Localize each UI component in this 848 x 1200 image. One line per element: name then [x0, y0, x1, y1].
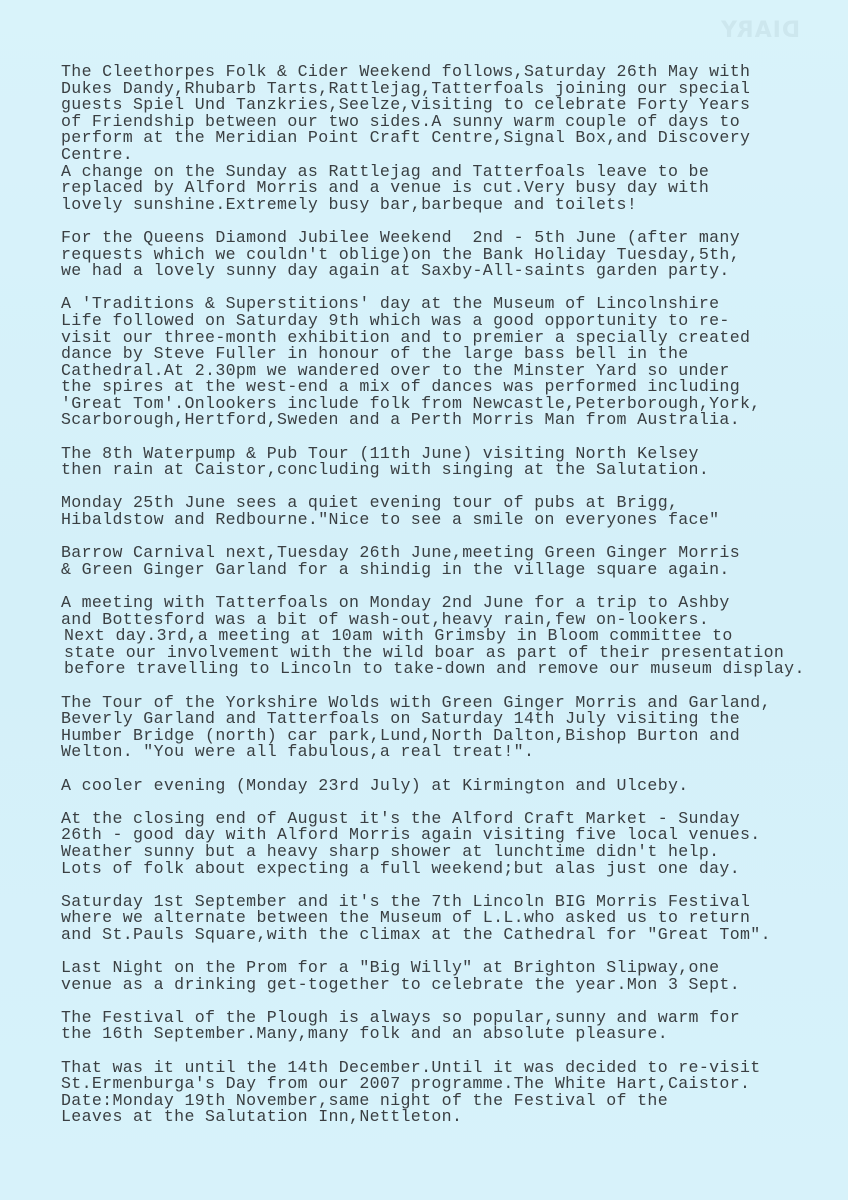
- paragraph-waterpump: The 8th Waterpump & Pub Tour (11th June)…: [61, 446, 821, 479]
- diary-text-body: The Cleethorpes Folk & Cider Weekend fol…: [61, 64, 821, 1143]
- paragraph-jubilee: For the Queens Diamond Jubilee Weekend 2…: [61, 230, 821, 280]
- paragraph-ermenburga: That was it until the 14th December.Unti…: [61, 1060, 821, 1126]
- text-line: lovely sunshine.Extremely busy bar,barbe…: [61, 197, 821, 214]
- paragraph-yorkshire-wolds: The Tour of the Yorkshire Wolds with Gre…: [61, 695, 821, 761]
- text-line: before travelling to Lincoln to take-dow…: [61, 661, 821, 678]
- text-line: Leaves at the Salutation Inn,Nettleton.: [61, 1109, 821, 1126]
- text-line: we had a lovely sunny day again at Saxby…: [61, 263, 821, 280]
- paragraph-big-morris: Saturday 1st September and it's the 7th …: [61, 894, 821, 944]
- bleed-through-heading: DIARY: [720, 18, 800, 43]
- text-line: then rain at Caistor,concluding with sin…: [61, 462, 821, 479]
- text-line: Scarborough,Hertford,Sweden and a Perth …: [61, 412, 821, 429]
- document-page: DIARY The Cleethorpes Folk & Cider Weeke…: [0, 0, 848, 1200]
- paragraph-traditions: A 'Traditions & Superstitions' day at th…: [61, 296, 821, 429]
- text-line: A cooler evening (Monday 23rd July) at K…: [61, 778, 821, 795]
- text-line: Hibaldstow and Redbourne."Nice to see a …: [61, 512, 821, 529]
- paragraph-tatterfoals-meeting: A meeting with Tatterfoals on Monday 2nd…: [61, 595, 821, 678]
- paragraph-change: A change on the Sunday as Rattlejag and …: [61, 164, 821, 214]
- paragraph-plough: The Festival of the Plough is always so …: [61, 1010, 821, 1043]
- paragraph-cleethorpes: The Cleethorpes Folk & Cider Weekend fol…: [61, 64, 821, 164]
- text-line: Weather sunny but a heavy sharp shower a…: [61, 844, 821, 861]
- text-line: the 16th September.Many,many folk and an…: [61, 1026, 821, 1043]
- text-line: Life followed on Saturday 9th which was …: [61, 313, 821, 330]
- text-line: & Green Ginger Garland for a shindig in …: [61, 562, 821, 579]
- text-line: and St.Pauls Square,with the climax at t…: [61, 927, 821, 944]
- paragraph-barrow: Barrow Carnival next,Tuesday 26th June,m…: [61, 545, 821, 578]
- paragraph-prom: Last Night on the Prom for a "Big Willy"…: [61, 960, 821, 993]
- text-line: Welton. "You were all fabulous,a real tr…: [61, 744, 821, 761]
- text-line: venue as a drinking get-together to cele…: [61, 977, 821, 994]
- paragraph-brigg: Monday 25th June sees a quiet evening to…: [61, 495, 821, 528]
- paragraph-alford-craft: At the closing end of August it's the Al…: [61, 811, 821, 877]
- paragraph-cooler-evening: A cooler evening (Monday 23rd July) at K…: [61, 778, 821, 795]
- text-line: perform at the Meridian Point Craft Cent…: [61, 130, 821, 147]
- text-line: Lots of folk about expecting a full week…: [61, 861, 821, 878]
